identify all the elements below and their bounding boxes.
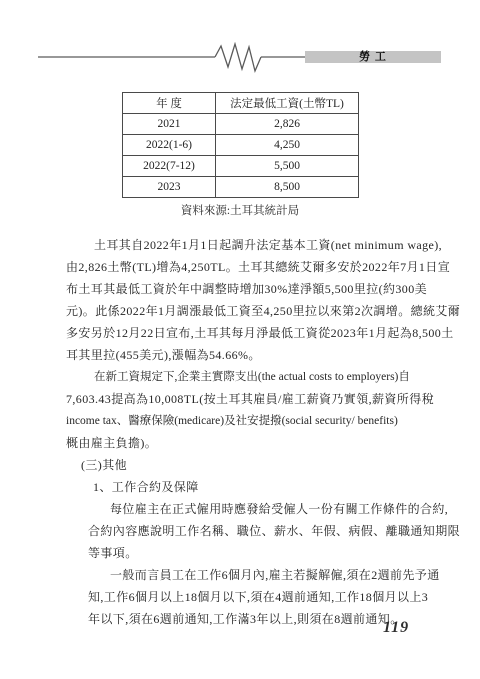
text-line: income tax、醫療保險(medicare)及社安提撥(social se… xyxy=(38,410,448,432)
text-line: 由2,826土幣(TL)增為4,250TL。土耳其總統艾爾多安於2022年7月1… xyxy=(38,256,448,278)
table-source-caption: 資料來源:土耳其統計局 xyxy=(122,202,358,218)
subsection-heading: 1、工作合約及保障 xyxy=(38,476,448,498)
table-row: 2021 2,826 xyxy=(123,114,359,135)
table-row: 2022(7-12) 5,500 xyxy=(123,156,359,177)
table-row: 2022(1-6) 4,250 xyxy=(123,135,359,156)
table-cell-year: 2021 xyxy=(123,114,216,135)
section-heading: (三)其他 xyxy=(38,454,448,476)
section-badge: 勞 工 xyxy=(305,51,441,63)
table-cell-year: 2022(7-12) xyxy=(123,156,216,177)
text-line: 知,工作6個月以上18個月以下,須在4週前通知,工作18個月以上3 xyxy=(38,586,448,608)
text-line: 布土耳其最低工資於年中調整時增加30%達淨額5,500里拉(約300美 xyxy=(38,278,448,300)
text-line: 7,603.43提高為10,008TL(按土耳其雇員/雇工薪資乃實領,薪資所得稅 xyxy=(38,388,448,410)
body-text: 土耳其自2022年1月1日起調升法定基本工資(net minimum wage)… xyxy=(38,234,448,630)
text-line: 概由雇主負擔)。 xyxy=(38,432,448,454)
text-line: 土耳其自2022年1月1日起調升法定基本工資(net minimum wage)… xyxy=(38,234,448,256)
text-line: 等事項。 xyxy=(38,542,448,564)
text-line: 一般而言員工在工作6個月內,雇主若擬解僱,須在2週前先予通 xyxy=(38,564,448,586)
table-header-wage: 法定最低工資(土幣TL) xyxy=(216,93,359,114)
document-page: 勞 工 年 度 法定最低工資(土幣TL) 2021 2,826 2022(1-6… xyxy=(0,0,480,679)
table-cell-wage: 2,826 xyxy=(216,114,359,135)
table-cell-wage: 8,500 xyxy=(216,177,359,198)
table-cell-year: 2022(1-6) xyxy=(123,135,216,156)
page-number: 119 xyxy=(383,619,409,637)
table-header-row: 年 度 法定最低工資(土幣TL) xyxy=(123,93,359,114)
text-line: 每位雇主在正式僱用時應發給受僱人一份有關工作條件的合約, xyxy=(38,498,448,520)
text-line: 合約內容應說明工作名稱、職位、薪水、年假、病假、離職通知期限 xyxy=(38,520,448,542)
minimum-wage-table: 年 度 法定最低工資(土幣TL) 2021 2,826 2022(1-6) 4,… xyxy=(122,92,359,198)
table-row: 2023 8,500 xyxy=(123,177,359,198)
text-line: 多安另於12月22日宣布,土耳其每月淨最低工資從2023年1月起為8,500土 xyxy=(38,322,448,344)
text-line: 元)。此係2022年1月調漲最低工資至4,250里拉以來第2次調增。總統艾爾 xyxy=(38,300,448,322)
table-cell-wage: 4,250 xyxy=(216,135,359,156)
table-cell-year: 2023 xyxy=(123,177,216,198)
table-header-year: 年 度 xyxy=(123,93,216,114)
text-line: 在新工資規定下,企業主實際支出(the actual costs to empl… xyxy=(38,366,448,388)
table-cell-wage: 5,500 xyxy=(216,156,359,177)
section-badge-label: 勞 工 xyxy=(359,51,387,63)
text-line: 耳其里拉(455美元),漲幅為54.66%。 xyxy=(38,344,448,366)
zigzag-icon xyxy=(38,44,308,71)
